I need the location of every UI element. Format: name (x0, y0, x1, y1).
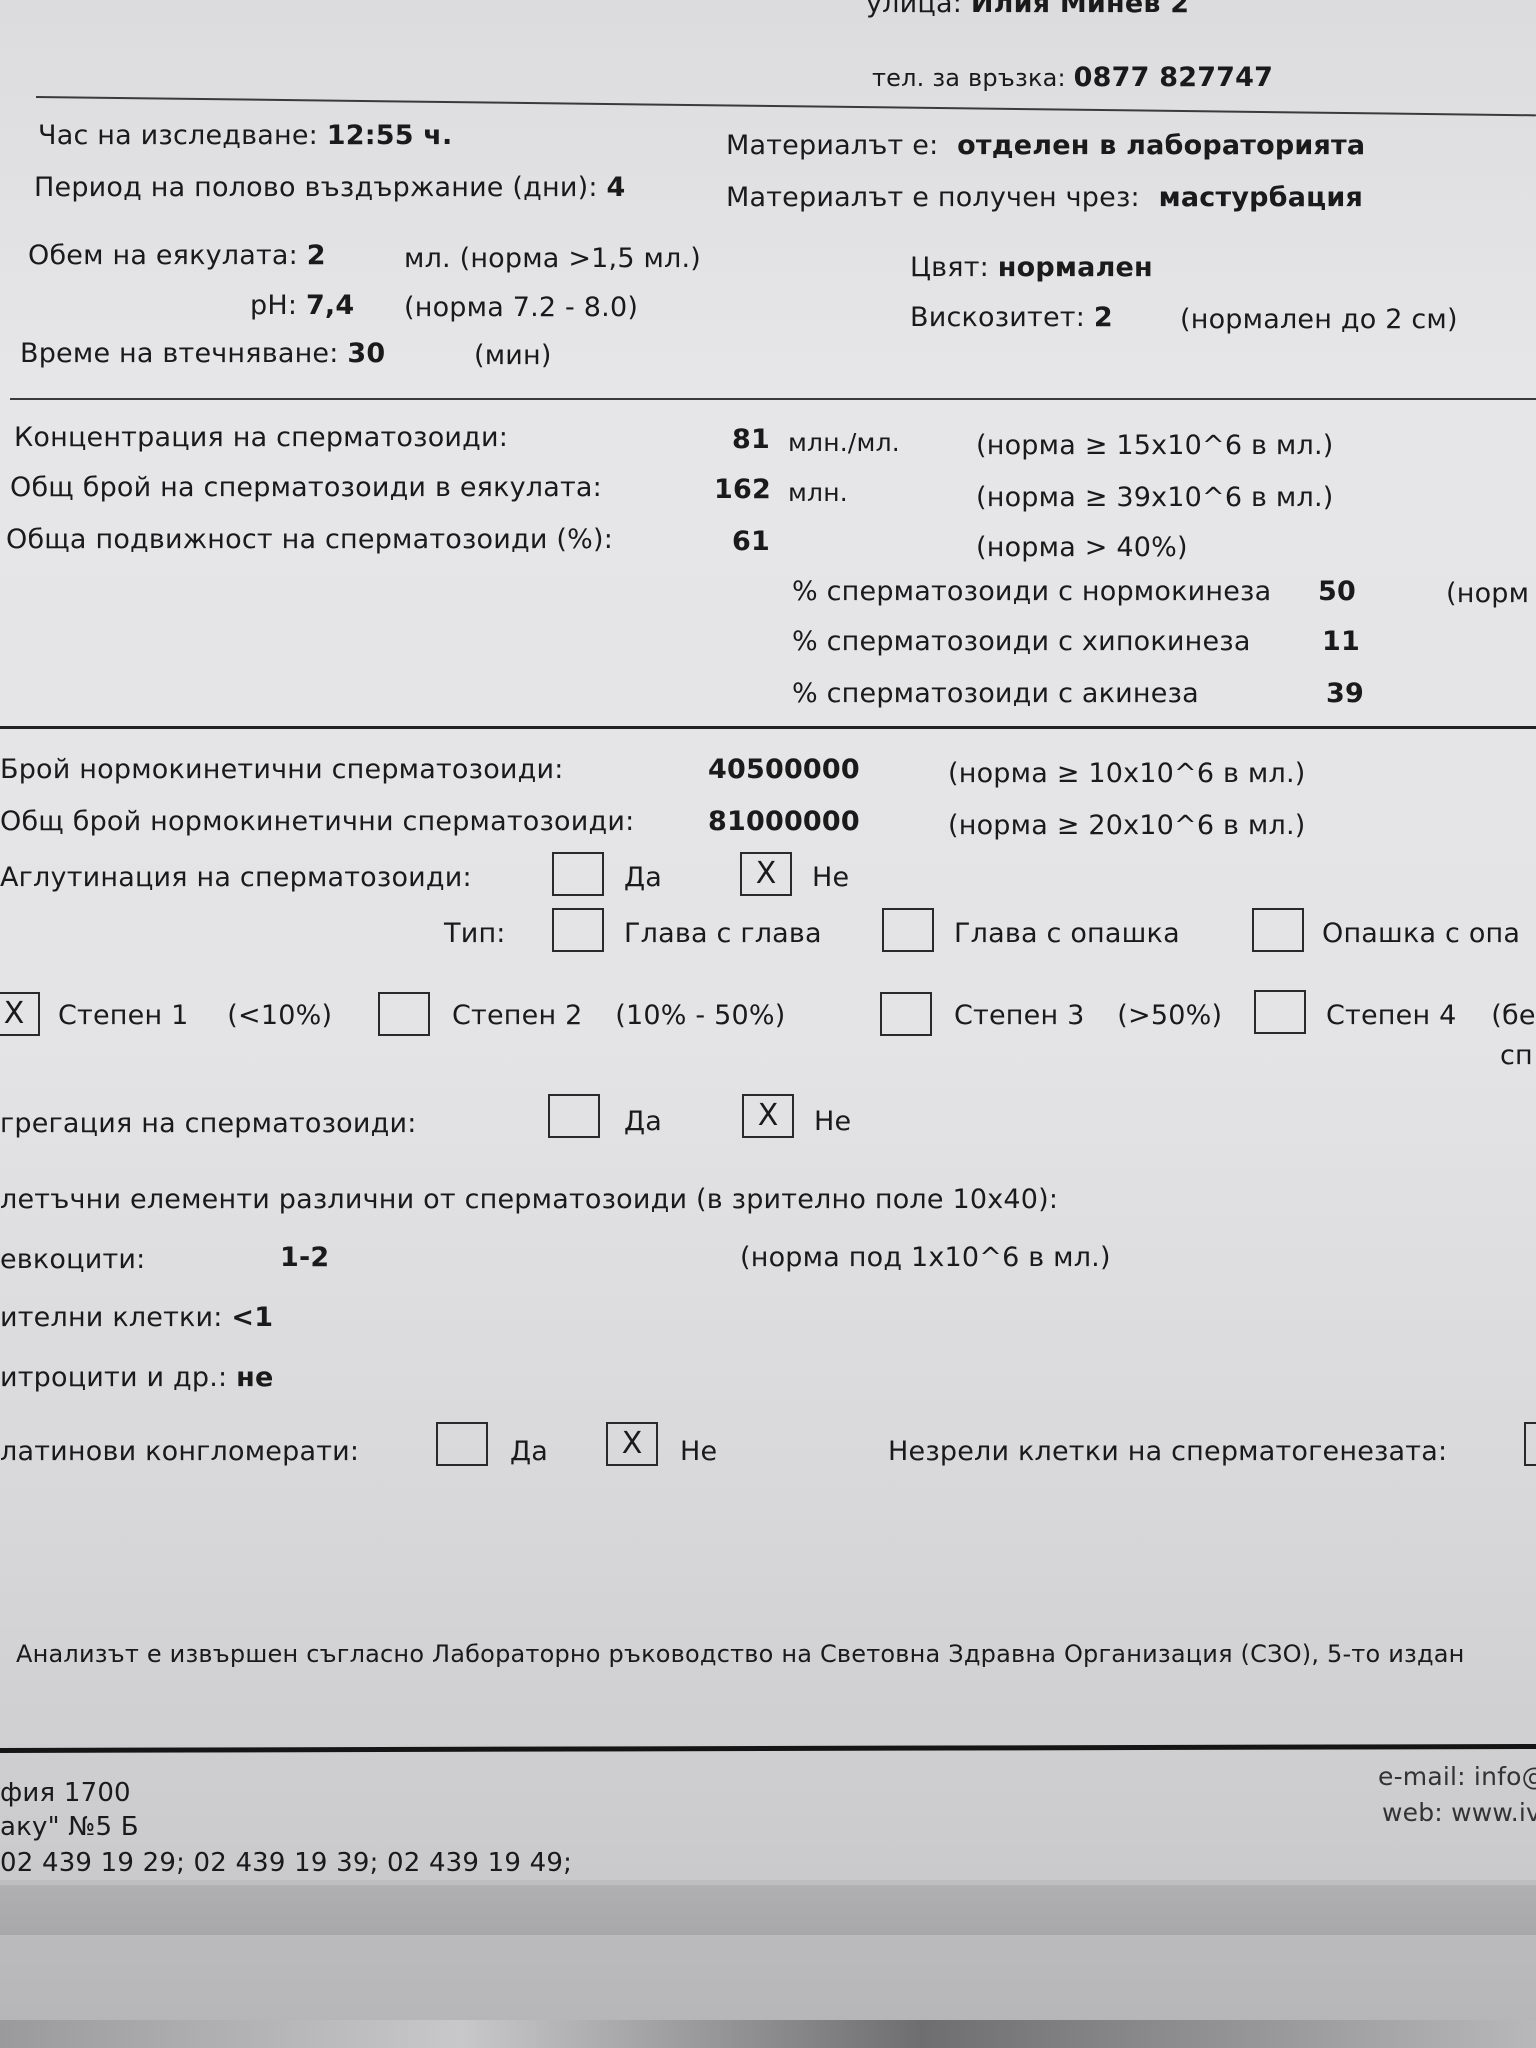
normokinetic-total-norm: (норма ≥ 20x10^6 в мл.) (948, 810, 1305, 841)
erythrocytes: итроцити и др.: не (0, 1362, 274, 1393)
material-value: отделен в лабораторията (957, 130, 1365, 161)
who-footnote: Анализът е извършен съгласно Лабораторно… (16, 1640, 1465, 1668)
aggregation-no-label: Не (814, 1106, 851, 1137)
agglutination-label: Аглутинация на сперматозоиди: (0, 862, 472, 893)
gelatin-yes-label: Да (510, 1436, 548, 1467)
normokinetic-count-label: Брой нормокинетични сперматозоиди: (0, 754, 564, 785)
degree-2-label: Степен 2 (452, 1000, 582, 1031)
motility-divider (0, 726, 1536, 729)
material: Материалът е: отделен в лабораторията (726, 130, 1365, 161)
obtained-label: Материалът е получен чрез: (726, 182, 1140, 213)
macro-divider (10, 398, 1536, 400)
aggregation-yes-label: Да (624, 1106, 662, 1137)
leukocytes-value: 1-2 (280, 1242, 329, 1273)
degree-2-checkbox[interactable] (378, 992, 430, 1036)
normokinetic-total-label: Общ брой нормокинетични сперматозоиди: (0, 806, 634, 837)
ph-norm: (норма 7.2 - 8.0) (404, 292, 638, 323)
degree-4-label: Степен 4 (1326, 1000, 1456, 1031)
degree-1: Степен 1 (<10%) (58, 1000, 332, 1031)
degree-1-label: Степен 1 (58, 1000, 188, 1031)
erythrocytes-value: не (236, 1362, 273, 1393)
type-tail-tail-label: Опашка с опа (1322, 918, 1520, 949)
agglutination-yes-label: Да (624, 862, 662, 893)
degree-3-label: Степен 3 (954, 1000, 1084, 1031)
concentration-value: 81 (732, 424, 770, 455)
agglutination-type-label: Тип: (444, 918, 506, 949)
cells-heading: летъчни елементи различни от сперматозои… (0, 1184, 1058, 1215)
total-count-unit: млн. (788, 478, 848, 507)
normokinesis-norm: (норм (1446, 578, 1529, 609)
volume-value: 2 (307, 240, 326, 271)
footer-web: web: www.iv (1382, 1798, 1536, 1827)
gelatin-yes-checkbox[interactable] (436, 1422, 488, 1466)
degree-1-checkbox[interactable]: X (0, 992, 40, 1036)
street-label: улица: (866, 0, 962, 19)
concentration-label: Концентрация на сперматозоиди: (14, 422, 508, 453)
type-head-head-label: Глава с глава (624, 918, 822, 949)
degree-4: Степен 4 (бе (1326, 1000, 1536, 1031)
degree-4-checkbox[interactable] (1254, 990, 1306, 1034)
akinesis-label: % сперматозоиди с акинеза (792, 678, 1199, 709)
normokinesis-label: % сперматозоиди с нормокинеза (792, 576, 1271, 607)
phone-label: тел. за връзка: (872, 64, 1066, 92)
footer-divider (0, 1744, 1536, 1753)
abstinence-value: 4 (606, 172, 625, 203)
aggregation-no-checkbox[interactable]: X (742, 1094, 794, 1138)
degree-4-range: (бе (1491, 1000, 1535, 1031)
footer-phones: 02 439 19 29; 02 439 19 39; 02 439 19 49… (0, 1848, 572, 1878)
phone-value: 0877 827747 (1074, 62, 1273, 93)
viscosity-norm: (нормален до 2 см) (1180, 304, 1458, 335)
volume-label: Обем на еякулата: (28, 240, 298, 271)
footer-street: аку" №5 Б (0, 1812, 139, 1842)
degree-3-checkbox[interactable] (880, 992, 932, 1036)
motility-value: 61 (732, 526, 770, 557)
phone-line: тел. за връзка: 0877 827747 (872, 62, 1273, 93)
exam-time: Час на изследване: 12:55 ч. (38, 120, 453, 151)
immature-cells-checkbox[interactable] (1524, 1422, 1536, 1466)
liquefaction-unit: (мин) (474, 340, 552, 371)
type-head-tail-checkbox[interactable] (882, 908, 934, 952)
obtained: Материалът е получен чрез: мастурбация (726, 182, 1363, 213)
volume-norm: мл. (норма >1,5 мл.) (404, 243, 701, 274)
degree-2-range: (10% - 50%) (615, 1000, 785, 1031)
color-value: нормален (998, 252, 1153, 283)
erythrocytes-label: итроцити и др.: (0, 1362, 227, 1393)
header-divider (36, 96, 1536, 116)
agglutination-no-label: Не (812, 862, 849, 893)
gelatin-no-label: Не (680, 1436, 717, 1467)
viscosity-value: 2 (1094, 302, 1113, 333)
concentration-unit: млн./мл. (788, 428, 900, 457)
motility-label: Обща подвижност на сперматозоиди (%): (6, 524, 613, 555)
ph-value: 7,4 (306, 290, 354, 321)
gelatin-no-checkbox[interactable]: X (606, 1422, 658, 1466)
liquefaction-value: 30 (347, 338, 385, 369)
total-count-norm: (норма ≥ 39x10^6 в мл.) (976, 482, 1333, 513)
footer-email: e-mail: info@ (1378, 1762, 1536, 1791)
hypokinesis-value: 11 (1322, 626, 1360, 657)
obtained-value: мастурбация (1159, 182, 1363, 213)
leukocytes-norm: (норма под 1x10^6 в мл.) (740, 1242, 1111, 1273)
epithelial: ителни клетки: <1 (0, 1302, 273, 1333)
concentration-norm: (норма ≥ 15x10^6 в мл.) (976, 430, 1333, 461)
viscosity: Вискозитет: 2 (910, 302, 1113, 333)
street-line: улица: Илия Минев 2 (866, 0, 1189, 19)
footer-city: фия 1700 (0, 1778, 131, 1808)
aggregation-yes-checkbox[interactable] (548, 1094, 600, 1138)
normokinetic-count-value: 40500000 (708, 754, 860, 785)
street-value: Илия Минев 2 (971, 0, 1189, 19)
abstinence-label: Период на полово въздържание (дни): (34, 172, 598, 203)
hypokinesis-label: % сперматозоиди с хипокинеза (792, 626, 1251, 657)
motility-norm: (норма > 40%) (976, 532, 1188, 563)
exam-time-value: 12:55 ч. (327, 120, 453, 151)
epithelial-value: <1 (231, 1302, 273, 1333)
type-tail-tail-checkbox[interactable] (1252, 908, 1304, 952)
epithelial-label: ителни клетки: (0, 1302, 223, 1333)
color-label: Цвят: (910, 252, 989, 283)
akinesis-value: 39 (1326, 678, 1364, 709)
type-head-tail-label: Глава с опашка (954, 918, 1180, 949)
immature-cells-label: Незрели клетки на сперматогенезата: (888, 1436, 1447, 1467)
exam-time-label: Час на изследване: (38, 120, 318, 151)
viscosity-label: Вискозитет: (910, 302, 1085, 333)
volume: Обем на еякулата: 2 (28, 240, 326, 271)
type-head-head-checkbox[interactable] (552, 908, 604, 952)
normokinetic-total-value: 81000000 (708, 806, 860, 837)
abstinence: Период на полово въздържание (дни): 4 (34, 172, 625, 203)
degree-3-range: (>50%) (1117, 1000, 1222, 1031)
color: Цвят: нормален (910, 252, 1153, 283)
material-label: Материалът е: (726, 130, 938, 161)
normokinesis-value: 50 (1318, 576, 1356, 607)
degree-1-range: (<10%) (227, 1000, 332, 1031)
aggregation-label: грегация на сперматозоиди: (0, 1108, 417, 1139)
liquefaction-label: Време на втечняване: (20, 338, 339, 369)
ph-label: pH: (250, 290, 297, 321)
lab-report-page: улица: Илия Минев 2 тел. за връзка: 0877… (0, 0, 1536, 1880)
background-surface (0, 2020, 1536, 2048)
total-count-label: Общ брой на сперматозоиди в еякулата: (10, 472, 602, 503)
gelatin-label: латинови конгломерати: (0, 1436, 359, 1467)
degree-4-range-cont: сп (1500, 1040, 1533, 1071)
page-edge-shadow (0, 1885, 1536, 1935)
leukocytes-label: евкоцити: (0, 1244, 145, 1275)
agglutination-no-checkbox[interactable]: X (740, 852, 792, 896)
liquefaction: Време на втечняване: 30 (20, 338, 385, 369)
normokinetic-count-norm: (норма ≥ 10x10^6 в мл.) (948, 758, 1305, 789)
total-count-value: 162 (714, 474, 771, 505)
agglutination-yes-checkbox[interactable] (552, 852, 604, 896)
ph: pH: 7,4 (250, 290, 354, 321)
degree-3: Степен 3 (>50%) (954, 1000, 1222, 1031)
degree-2: Степен 2 (10% - 50%) (452, 1000, 785, 1031)
